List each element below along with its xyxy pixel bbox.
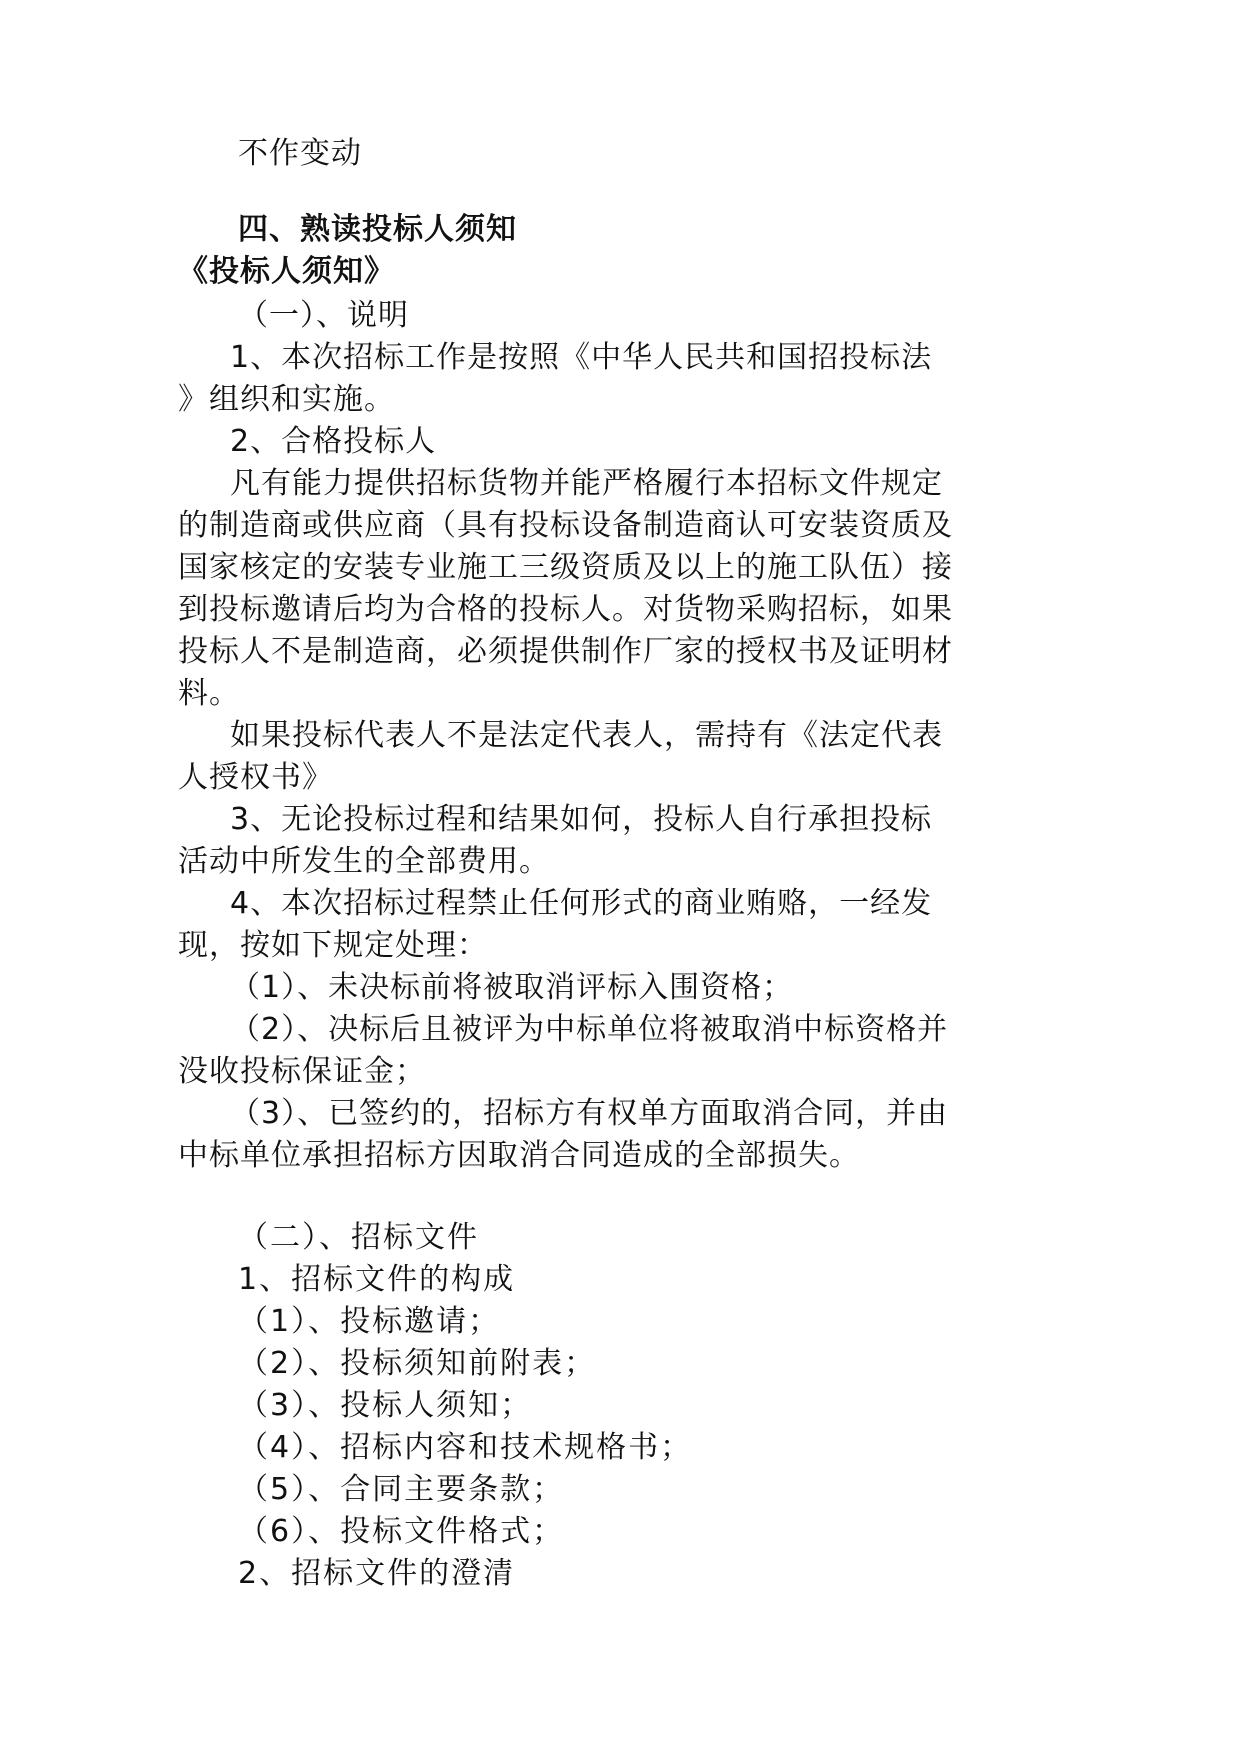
list-item: （4）、招标内容和技术规格书； xyxy=(238,1428,692,1468)
subsection-heading: （一）、说明 xyxy=(238,296,409,336)
clause-line: 1、本次招标工作是按照《中华人民共和国招投标法 xyxy=(230,338,932,378)
document-page: 不作变动 四、熟读投标人须知 《投标人须知》 （一）、说明 1、本次招标工作是按… xyxy=(0,0,1241,1754)
list-item: （3）、投标人须知； xyxy=(238,1386,532,1426)
list-item: （2）、投标须知前附表； xyxy=(238,1344,596,1384)
clause-line: 料。 xyxy=(178,674,240,714)
clause-line: 到投标邀请后均为合格的投标人。对货物采购招标，如果 xyxy=(178,590,953,630)
clause-line: 3、无论投标过程和结果如何，投标人自行承担投标 xyxy=(230,800,932,840)
clause-line: 活动中所发生的全部费用。 xyxy=(178,842,550,882)
list-item: 1、招标文件的构成 xyxy=(238,1260,515,1300)
document-title: 《投标人须知》 xyxy=(178,252,395,292)
clause-line: 》组织和实施。 xyxy=(178,380,395,420)
clause-line: 凡有能力提供招标货物并能严格履行本招标文件规定 xyxy=(230,464,943,504)
clause-line: 的制造商或供应商（具有投标设备制造商认可安装资质及 xyxy=(178,506,953,546)
clause-line: 人授权书》 xyxy=(178,758,333,798)
list-item: （1）、投标邀请； xyxy=(238,1302,500,1342)
clause-line: 4、本次招标过程禁止任何形式的商业贿赂，一经发 xyxy=(230,884,932,924)
clause-line: 如果投标代表人不是法定代表人，需持有《法定代表 xyxy=(230,716,943,756)
clause-line: （3）、已签约的，招标方有权单方面取消合同，并由 xyxy=(230,1094,948,1134)
clause-line: 现，按如下规定处理： xyxy=(178,926,488,966)
clause-line: 没收投标保证金； xyxy=(178,1052,426,1092)
clause-line: 中标单位承担招标方因取消合同造成的全部损失。 xyxy=(178,1136,860,1176)
list-item: （5）、合同主要条款； xyxy=(238,1470,564,1510)
list-item: （6）、投标文件格式； xyxy=(238,1512,564,1552)
clause-line: 投标人不是制造商，必须提供制作厂家的授权书及证明材 xyxy=(178,632,953,672)
clause-line: 2、合格投标人 xyxy=(230,422,436,462)
body-text-line: 不作变动 xyxy=(238,134,362,174)
section-heading: 四、熟读投标人须知 xyxy=(238,210,517,250)
list-item: 2、招标文件的澄清 xyxy=(238,1554,515,1594)
clause-line: 国家核定的安装专业施工三级资质及以上的施工队伍）接 xyxy=(178,548,953,588)
clause-line: （1）、未决标前将被取消评标入围资格； xyxy=(230,968,793,1008)
subsection-heading: （二）、招标文件 xyxy=(238,1218,479,1258)
clause-line: （2）、决标后且被评为中标单位将被取消中标资格并 xyxy=(230,1010,948,1050)
